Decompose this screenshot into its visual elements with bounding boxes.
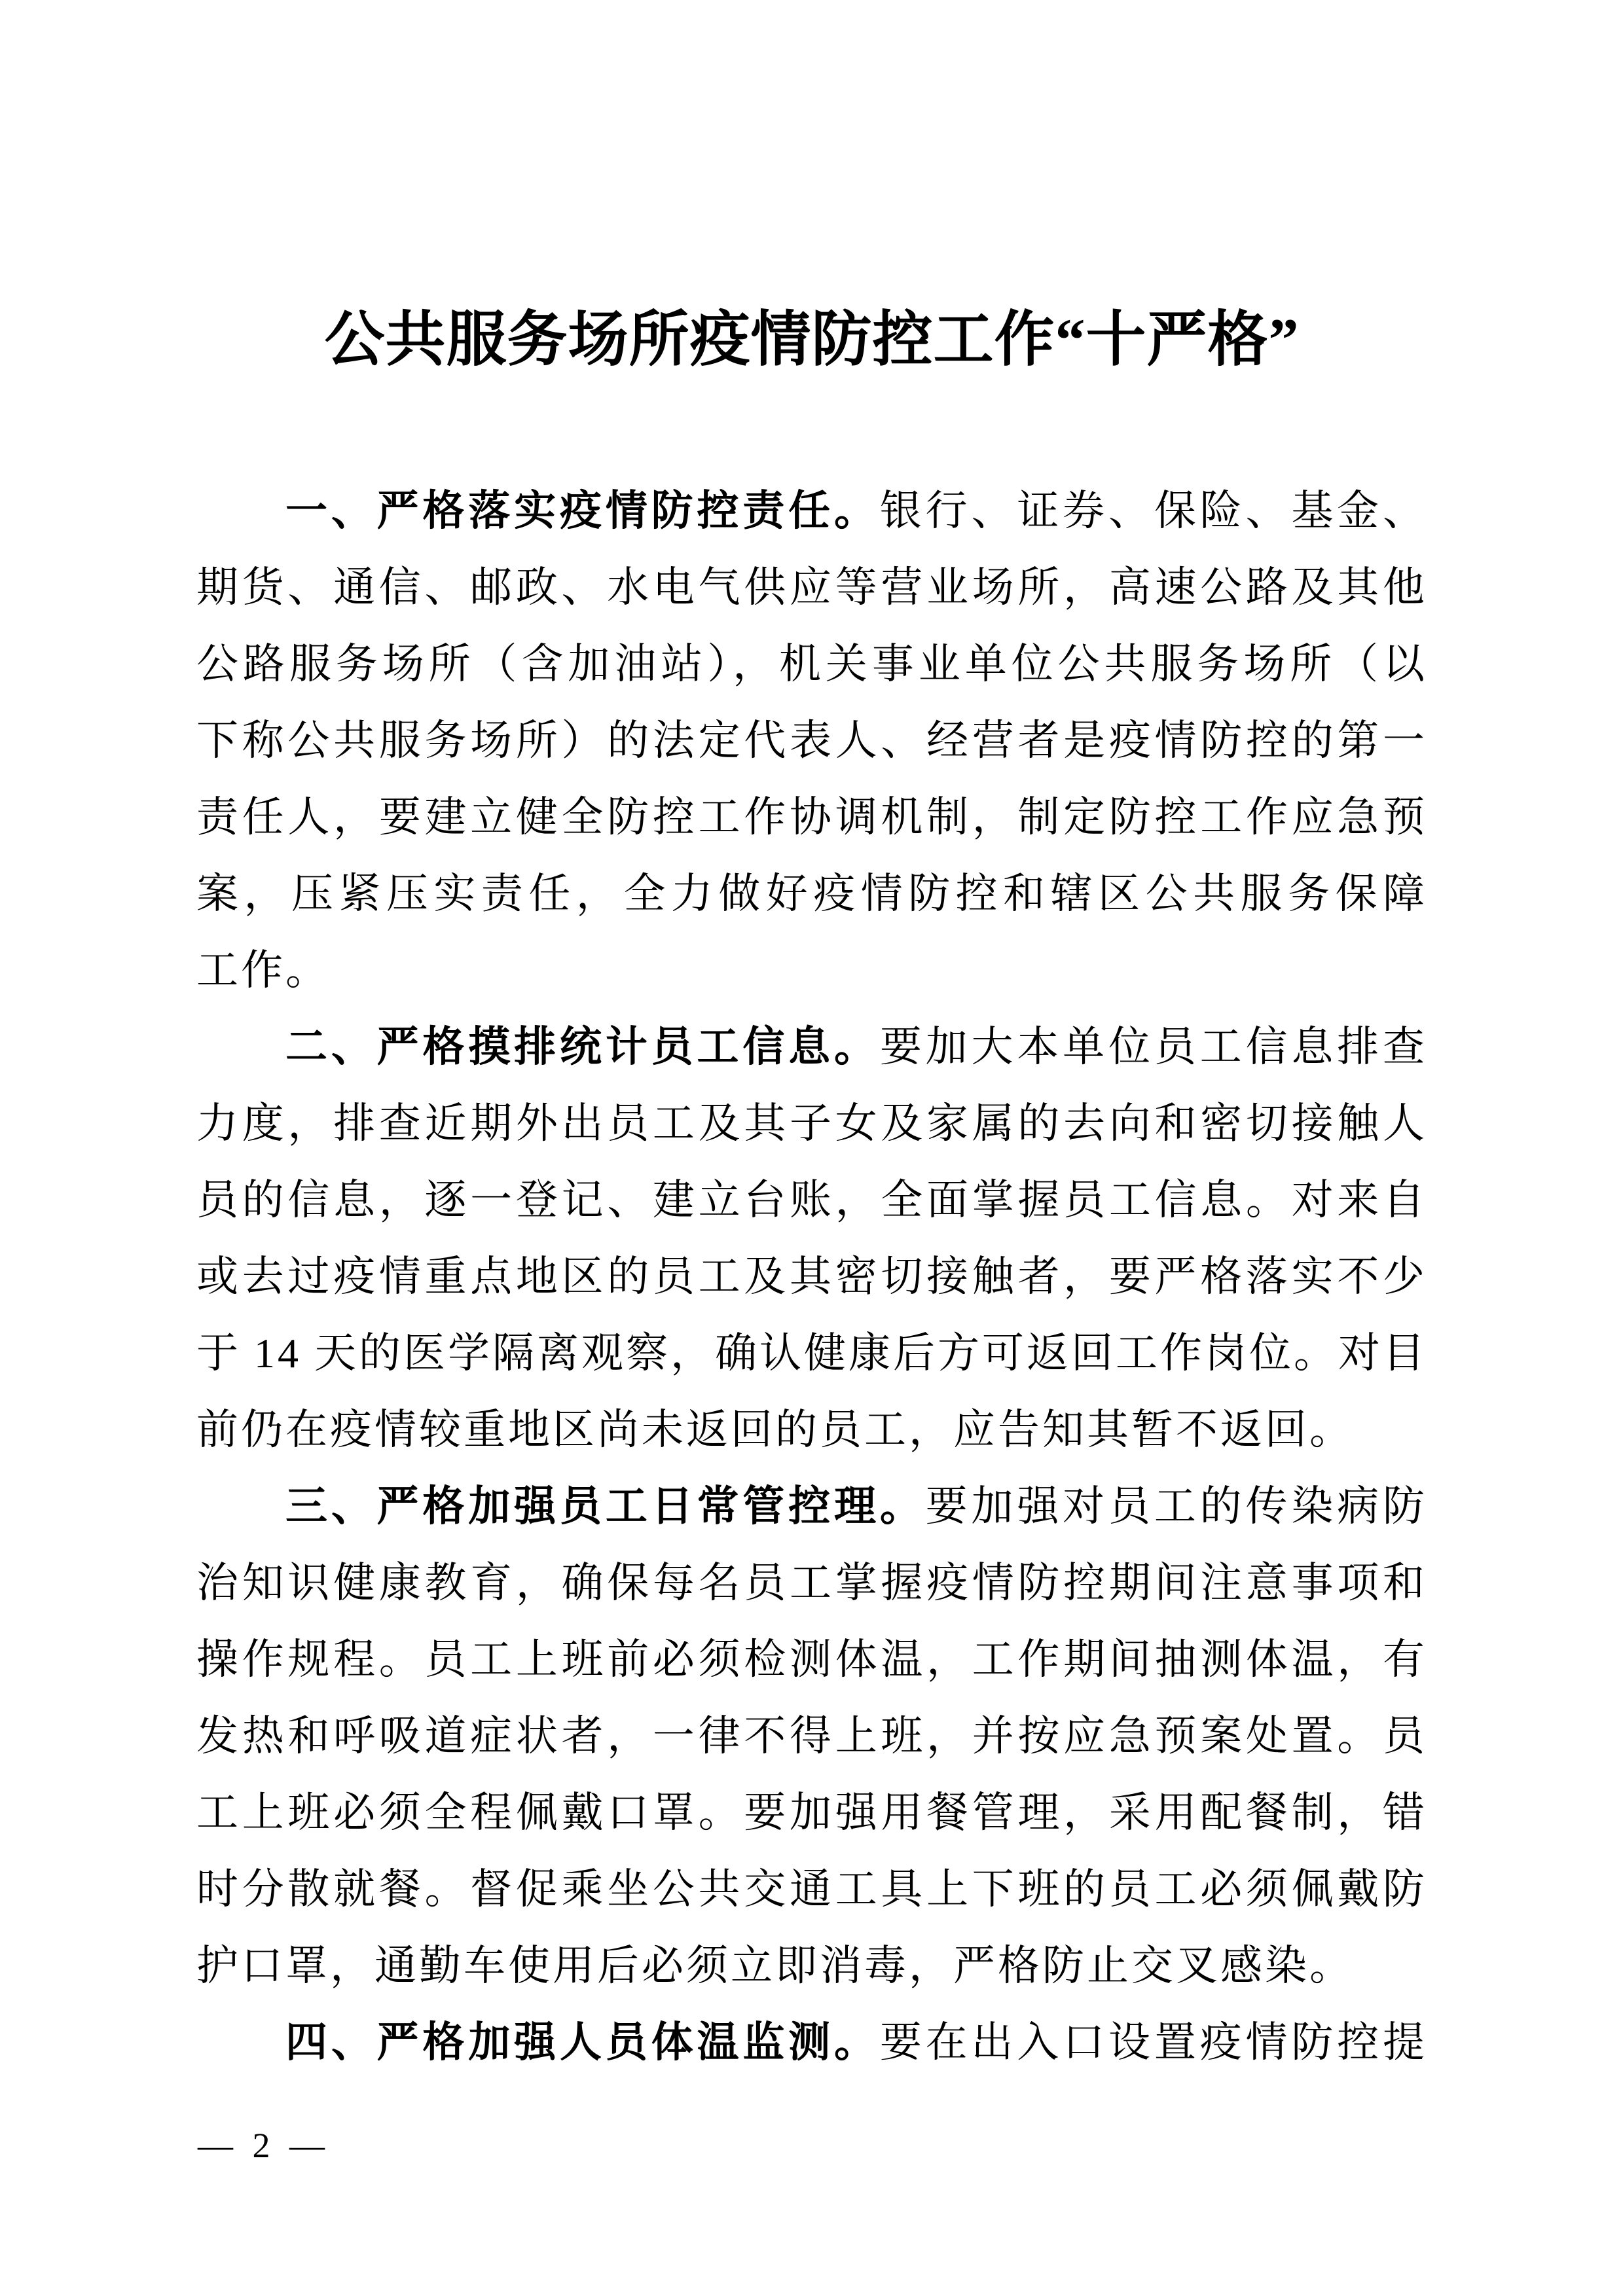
paragraph-lead: 二、严格摸排统计员工信息。 <box>285 1023 880 1070</box>
paragraph-lead: 四、严格加强人员体温监测。 <box>285 2018 880 2066</box>
document-title: 公共服务场所疫情防控工作“十严格” <box>196 302 1427 378</box>
paragraph: 一、严格落实疫情防控责任。银行、证券、保险、基金、期货、通信、邮政、水电气供应等… <box>196 473 1427 1009</box>
paragraph-text: 银行、证券、保险、基金、 <box>880 488 1427 534</box>
text-line: 一、严格落实疫情防控责任。银行、证券、保险、基金、 <box>196 473 1427 549</box>
text-line: 案，压紧压实责任，全力做好疫情防控和辖区公共服务保障 <box>196 855 1427 932</box>
text-line: 力度，排查近期外出员工及其子女及家属的去向和密切接触人 <box>196 1085 1427 1162</box>
text-line: 四、严格加强人员体温监测。要在出入口设置疫情防控提 <box>196 2004 1427 2081</box>
text-line: 于 14 天的医学隔离观察，确认健康后方可返回工作岗位。对目 <box>196 1315 1427 1391</box>
paragraph: 四、严格加强人员体温监测。要在出入口设置疫情防控提 <box>196 2004 1427 2081</box>
document-page: 公共服务场所疫情防控工作“十严格” 一、严格落实疫情防控责任。银行、证券、保险、… <box>0 0 1623 2296</box>
text-line: 下称公共服务场所）的法定代表人、经营者是疫情防控的第一 <box>196 702 1427 779</box>
text-line: 操作规程。员工上班前必须检测体温，工作期间抽测体温，有 <box>196 1621 1427 1698</box>
text-line: 三、严格加强员工日常管控理。要加强对员工的传染病防 <box>196 1468 1427 1545</box>
text-line: 工作。 <box>196 932 1427 1009</box>
text-line: 二、严格摸排统计员工信息。要加大本单位员工信息排查 <box>196 1009 1427 1085</box>
paragraph-text: 要加强对员工的传染病防 <box>926 1483 1427 1530</box>
text-line: 时分散就餐。督促乘坐公共交通工具上下班的员工必须佩戴防 <box>196 1851 1427 1928</box>
text-line: 治知识健康教育，确保每名员工掌握疫情防控期间注意事项和 <box>196 1545 1427 1621</box>
text-line: 员的信息，逐一登记、建立台账，全面掌握员工信息。对来自 <box>196 1162 1427 1238</box>
text-line: 发热和呼吸道症状者，一律不得上班，并按应急预案处置。员 <box>196 1698 1427 1774</box>
paragraph-text: 要在出入口设置疫情防控提 <box>880 2019 1427 2066</box>
paragraph-text: 要加大本单位员工信息排查 <box>880 1024 1427 1070</box>
text-line: 护口罩，通勤车使用后必须立即消毒，严格防止交叉感染。 <box>196 1928 1427 2004</box>
text-line: 期货、通信、邮政、水电气供应等营业场所，高速公路及其他 <box>196 549 1427 626</box>
text-line: 责任人，要建立健全防控工作协调机制，制定防控工作应急预 <box>196 779 1427 855</box>
text-line: 工上班必须全程佩戴口罩。要加强用餐管理，采用配餐制，错 <box>196 1774 1427 1851</box>
paragraph: 三、严格加强员工日常管控理。要加强对员工的传染病防治知识健康教育，确保每名员工掌… <box>196 1468 1427 2004</box>
text-line: 或去过疫情重点地区的员工及其密切接触者，要严格落实不少 <box>196 1238 1427 1315</box>
paragraph-lead: 一、严格落实疫情防控责任。 <box>285 487 880 534</box>
document-body: 一、严格落实疫情防控责任。银行、证券、保险、基金、期货、通信、邮政、水电气供应等… <box>196 473 1427 2081</box>
paragraph-lead: 三、严格加强员工日常管控理。 <box>285 1482 926 1530</box>
paragraph: 二、严格摸排统计员工信息。要加大本单位员工信息排查力度，排查近期外出员工及其子女… <box>196 1009 1427 1468</box>
text-line: 前仍在疫情较重地区尚未返回的员工，应告知其暂不返回。 <box>196 1391 1427 1468</box>
page-number: — 2 — <box>198 2125 330 2166</box>
text-line: 公路服务场所（含加油站），机关事业单位公共服务场所（以 <box>196 626 1427 702</box>
